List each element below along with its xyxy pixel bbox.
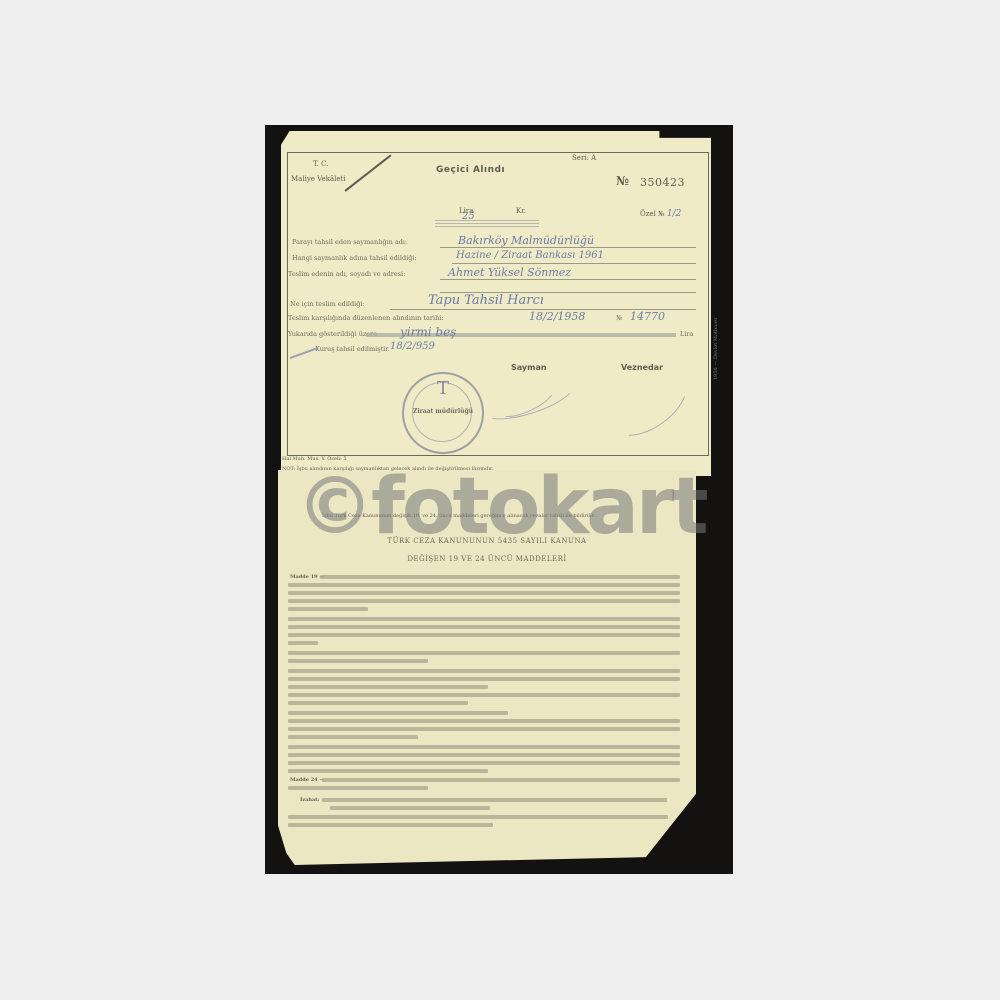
field-label-receipt-no: №: [616, 314, 622, 322]
text-line: [288, 591, 680, 595]
stamp-letter: T: [404, 378, 482, 399]
text-line: [288, 669, 680, 673]
text-line: [288, 761, 680, 765]
official-stamp: T Ziraat müdürlüğü: [402, 372, 484, 454]
text-line: [288, 735, 418, 739]
text-line: [288, 625, 680, 629]
article-24-label: Madde 24 —: [290, 777, 324, 783]
stamp-text: Ziraat müdürlüğü: [404, 408, 482, 415]
text-line: [288, 633, 680, 637]
field-label-receipt-date: Teslim karşılığında düzenlenen alındının…: [288, 314, 444, 322]
veznedar-label: Veznedar: [621, 363, 663, 372]
text-line: [320, 575, 680, 579]
reverse-heading-2: DEĞİŞEN 19 VE 24 ÜNCÜ MADDELERİ: [280, 555, 694, 563]
text-line: [288, 583, 680, 587]
field-line: [440, 279, 696, 280]
field-label-collected: Kuruş tahsil edilmiştir.: [315, 345, 390, 353]
text-line: [288, 753, 680, 757]
note-label: İzahat:: [300, 797, 319, 803]
text-line: [288, 815, 668, 819]
field-line: [440, 247, 696, 248]
text-line: [288, 641, 318, 645]
amount-box: [435, 219, 539, 227]
special-number-label: Özel № 1/2: [640, 209, 681, 219]
field-label-account-office: Hangi saymanlık adına tahsil edildiği:: [292, 254, 417, 262]
text-line: [288, 701, 468, 705]
number-symbol: №: [616, 174, 629, 188]
field-value-purpose: Tapu Tahsil Harcı: [428, 293, 544, 308]
ministry-label: Maliye Vekâleti: [291, 175, 346, 183]
text-line: [330, 806, 490, 810]
text-line: [288, 727, 680, 731]
field-label-purpose: Ne için teslim edildiği:: [290, 300, 365, 308]
lira-suffix: Lira: [680, 330, 693, 338]
text-line: [288, 786, 428, 790]
sayman-label: Sayman: [511, 363, 547, 372]
text-line: [288, 769, 488, 773]
text-line: [288, 711, 508, 715]
text-line: [288, 617, 680, 621]
field-label-payer: Teslim edenin adı, soyadı ve adresi:: [288, 270, 405, 278]
field-label-amount-words: Yukarıda gösterildiği üzere: [288, 330, 377, 338]
fotokart-watermark: ©fotokart: [296, 468, 706, 546]
text-line: [288, 651, 680, 655]
text-line: [288, 659, 428, 663]
printer-side-text: 1956 — Devlet Matbaası: [713, 318, 719, 380]
series-label: Seri: A: [572, 154, 596, 162]
text-line: [288, 693, 680, 697]
text-line: [288, 745, 680, 749]
text-line: [288, 823, 493, 827]
text-line: [288, 599, 680, 603]
field-value-amount-words: yirmi beş: [400, 325, 456, 339]
field-value-account-office: Hazine / Ziraat Bankası 1961: [456, 250, 604, 261]
field-label-collecting-office: Parayı tahsil eden saymanlığın adı:: [292, 238, 407, 246]
text-line: [288, 677, 680, 681]
field-value-receipt-date: 18/2/1958: [529, 310, 585, 323]
document-title: Geçici Alındı: [436, 165, 505, 175]
field-value-collecting-office: Bakırköy Malmüdürlüğü: [458, 234, 594, 247]
kurus-label: Kr.: [516, 207, 526, 215]
lira-handwritten-value: 25: [462, 211, 475, 222]
text-line: [322, 798, 667, 802]
field-value-receipt-no: 14770: [630, 310, 665, 323]
republic-label: T. C.: [313, 160, 328, 168]
text-line: [288, 607, 368, 611]
receipt-number: 350423: [640, 176, 685, 189]
field-value-collected-date: 18/2/959: [390, 341, 435, 352]
field-value-payer: Ahmet Yüksel Sönmez: [448, 266, 571, 279]
text-line: [288, 719, 680, 723]
field-line: [452, 263, 696, 264]
text-line: [288, 685, 488, 689]
text-line: [322, 778, 680, 782]
